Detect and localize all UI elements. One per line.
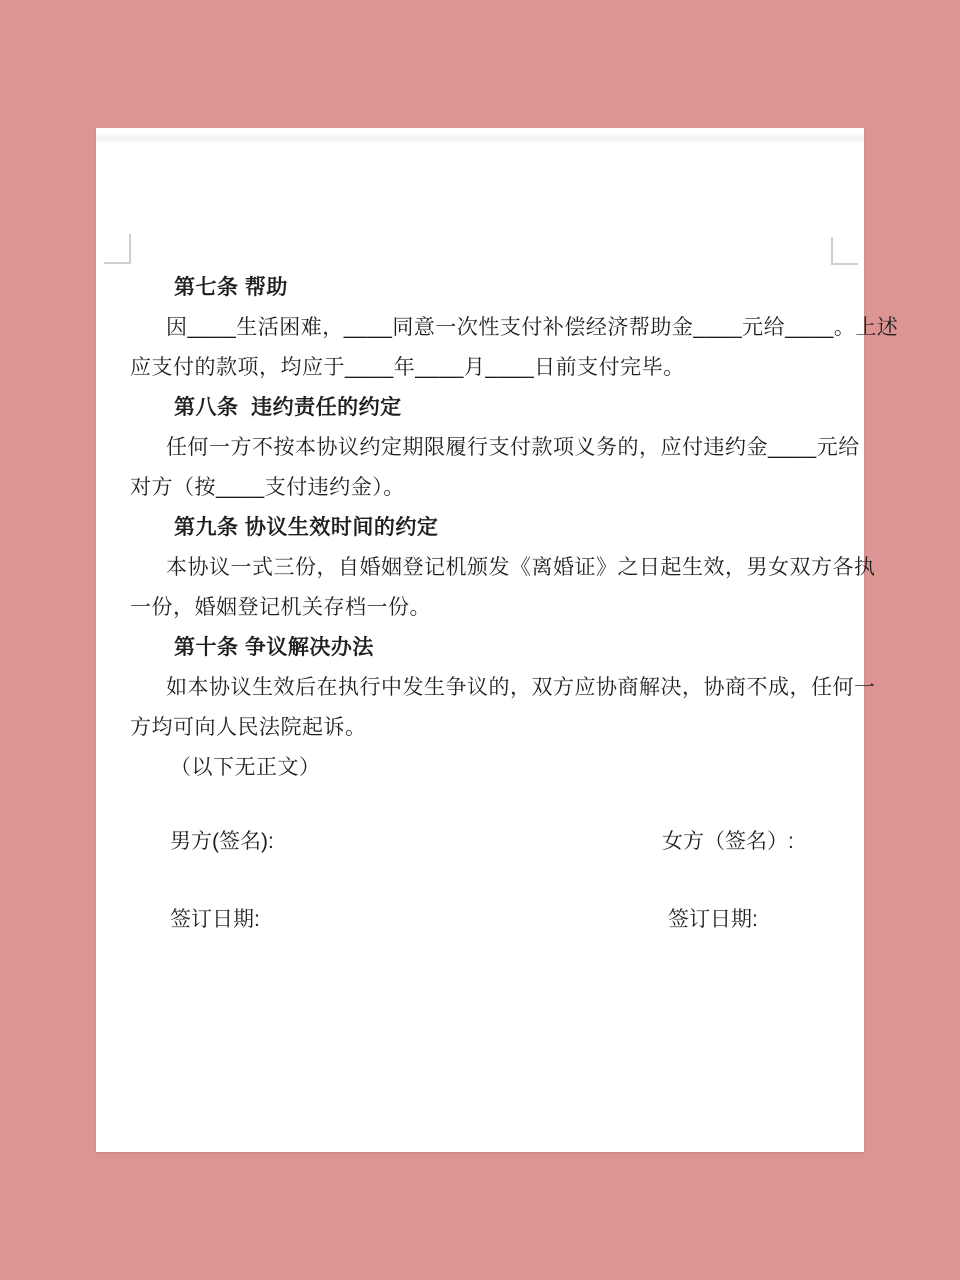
margin-corner-mark-top-left [104, 234, 131, 264]
paragraph-heading: 第十条 争议解决办法 [130, 628, 838, 668]
text-line: 第十条 争议解决办法 [130, 628, 838, 668]
text-line: 应支付的款项，均应于____年____月____日前支付完毕。 [130, 348, 838, 388]
female-sign-date-label: 签订日期: [668, 900, 758, 940]
document-content: 第七条 帮助因____生活困难，____同意一次性支付补偿经济帮助金____元给… [130, 268, 838, 940]
text-line: （以下无正文） [130, 748, 838, 788]
text-line: 方均可向人民法院起诉。 [130, 708, 838, 748]
page-top-shadow [96, 133, 864, 143]
text-line: 对方（按____支付违约金）。 [130, 468, 838, 508]
text-line: 因____生活困难，____同意一次性支付补偿经济帮助金____元给____。上… [130, 308, 838, 348]
text-line: 如本协议生效后在执行中发生争议的，双方应协商解决，协商不成，任何一 [130, 668, 838, 708]
text-line: 一份，婚姻登记机关存档一份。 [130, 588, 838, 628]
text-line: 第八条 违约责任的约定 [130, 388, 838, 428]
text-line: 第九条 协议生效时间的约定 [130, 508, 838, 548]
female-signature-label: 女方（签名）: [662, 822, 794, 862]
date-row: 签订日期: 签订日期: [130, 900, 838, 940]
text-line: 第七条 帮助 [130, 268, 838, 308]
paragraphs-container: 第七条 帮助因____生活困难，____同意一次性支付补偿经济帮助金____元给… [130, 268, 838, 788]
document-page: 第七条 帮助因____生活困难，____同意一次性支付补偿经济帮助金____元给… [96, 128, 864, 1152]
text-line: 任何一方不按本协议约定期限履行支付款项义务的，应付违约金____元给 [130, 428, 838, 468]
male-sign-date-label: 签订日期: [170, 908, 260, 931]
paragraph-body: 因____生活困难，____同意一次性支付补偿经济帮助金____元给____。上… [130, 308, 838, 388]
paragraph-heading: 第七条 帮助 [130, 268, 838, 308]
paragraph-heading: 第九条 协议生效时间的约定 [130, 508, 838, 548]
paragraph-body: 如本协议生效后在执行中发生争议的，双方应协商解决，协商不成，任何一方均可向人民法… [130, 668, 838, 748]
signature-row: 男方(签名): 女方（签名）: [130, 822, 838, 862]
paragraph-body: 本协议一式三份，自婚姻登记机颁发《离婚证》之日起生效，男女双方各执一份，婚姻登记… [130, 548, 838, 628]
paragraph-body: 任何一方不按本协议约定期限履行支付款项义务的，应付违约金____元给对方（按__… [130, 428, 838, 508]
paragraph-note: （以下无正文） [130, 748, 838, 788]
margin-corner-mark-top-right [831, 237, 858, 265]
text-line: 本协议一式三份，自婚姻登记机颁发《离婚证》之日起生效，男女双方各执 [130, 548, 838, 588]
paragraph-heading: 第八条 违约责任的约定 [130, 388, 838, 428]
pink-backdrop: { "colors": { "backdrop": "#dd9593", "pa… [0, 0, 960, 1280]
male-signature-label: 男方(签名): [170, 830, 274, 853]
